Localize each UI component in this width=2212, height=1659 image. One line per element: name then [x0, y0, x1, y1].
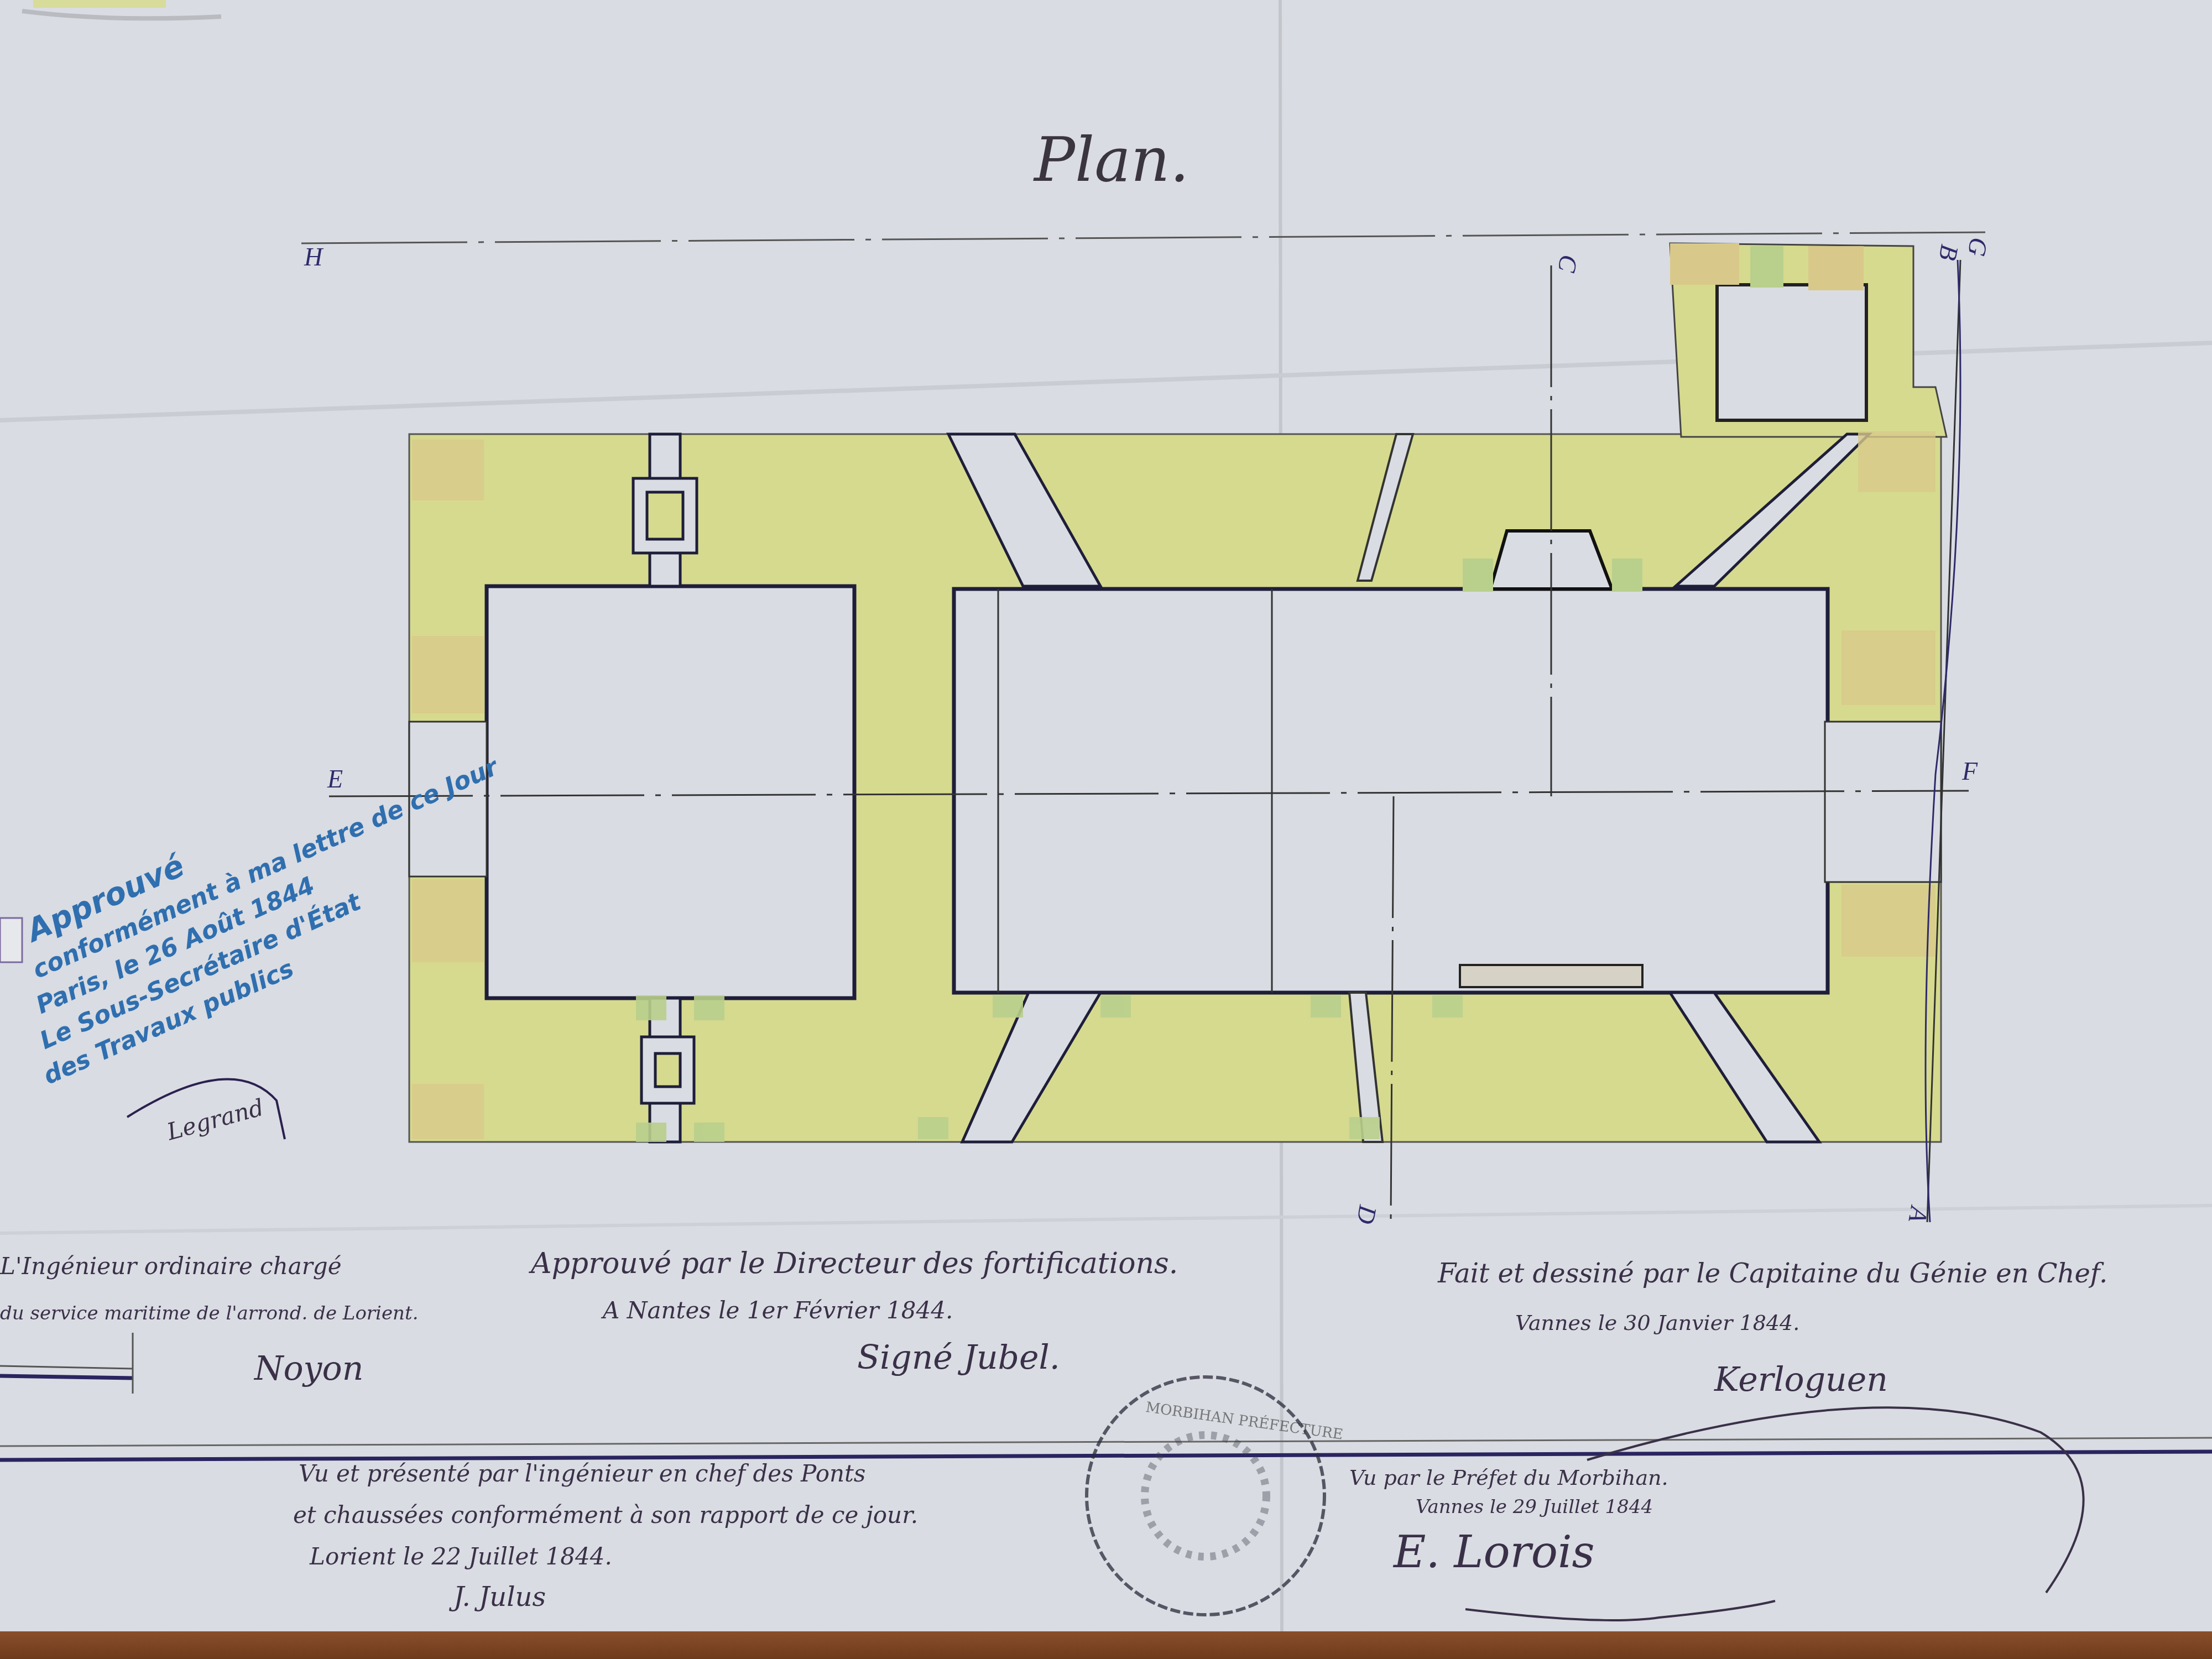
prefect-note-line-1: Vu par le Préfet du Morbihan.: [1349, 1465, 1668, 1490]
prefect-signature: E. Lorois: [1394, 1526, 1595, 1578]
director-signature: Signé Jubel.: [857, 1338, 1060, 1377]
director-note-date: A Nantes le 1er Février 1844.: [603, 1297, 953, 1324]
section-label-h: H: [304, 242, 322, 272]
table-surface: [0, 1631, 2212, 1659]
plan-title: Plan.: [1034, 124, 1190, 195]
director-note-line-1: Approuvé par le Directeur des fortificat…: [531, 1247, 1178, 1280]
chief-engineer-line-2: et chaussées conformément à son rapport …: [293, 1501, 918, 1528]
captain-note-line-1: Fait et dessiné par le Capitaine du Géni…: [1438, 1258, 2107, 1289]
captain-note-date: Vannes le 30 Janvier 1844.: [1515, 1311, 1799, 1335]
chief-engineer-signature: J. Julus: [453, 1582, 546, 1613]
captain-signature: Kerloguen: [1714, 1360, 1888, 1399]
engineer-signature: Noyon: [254, 1349, 363, 1388]
engineer-note-line-1: L'Ingénieur ordinaire chargé: [0, 1253, 342, 1280]
chief-engineer-date: Lorient le 22 Juillet 1844.: [310, 1543, 612, 1570]
prefect-note-date: Vannes le 29 Juillet 1844: [1416, 1496, 1653, 1518]
section-label-f: F: [1962, 757, 1978, 786]
chief-engineer-line-1: Vu et présenté par l'ingénieur en chef d…: [299, 1460, 865, 1487]
engineer-note-line-2: du service maritime de l'arrond. de Lori…: [0, 1302, 418, 1324]
